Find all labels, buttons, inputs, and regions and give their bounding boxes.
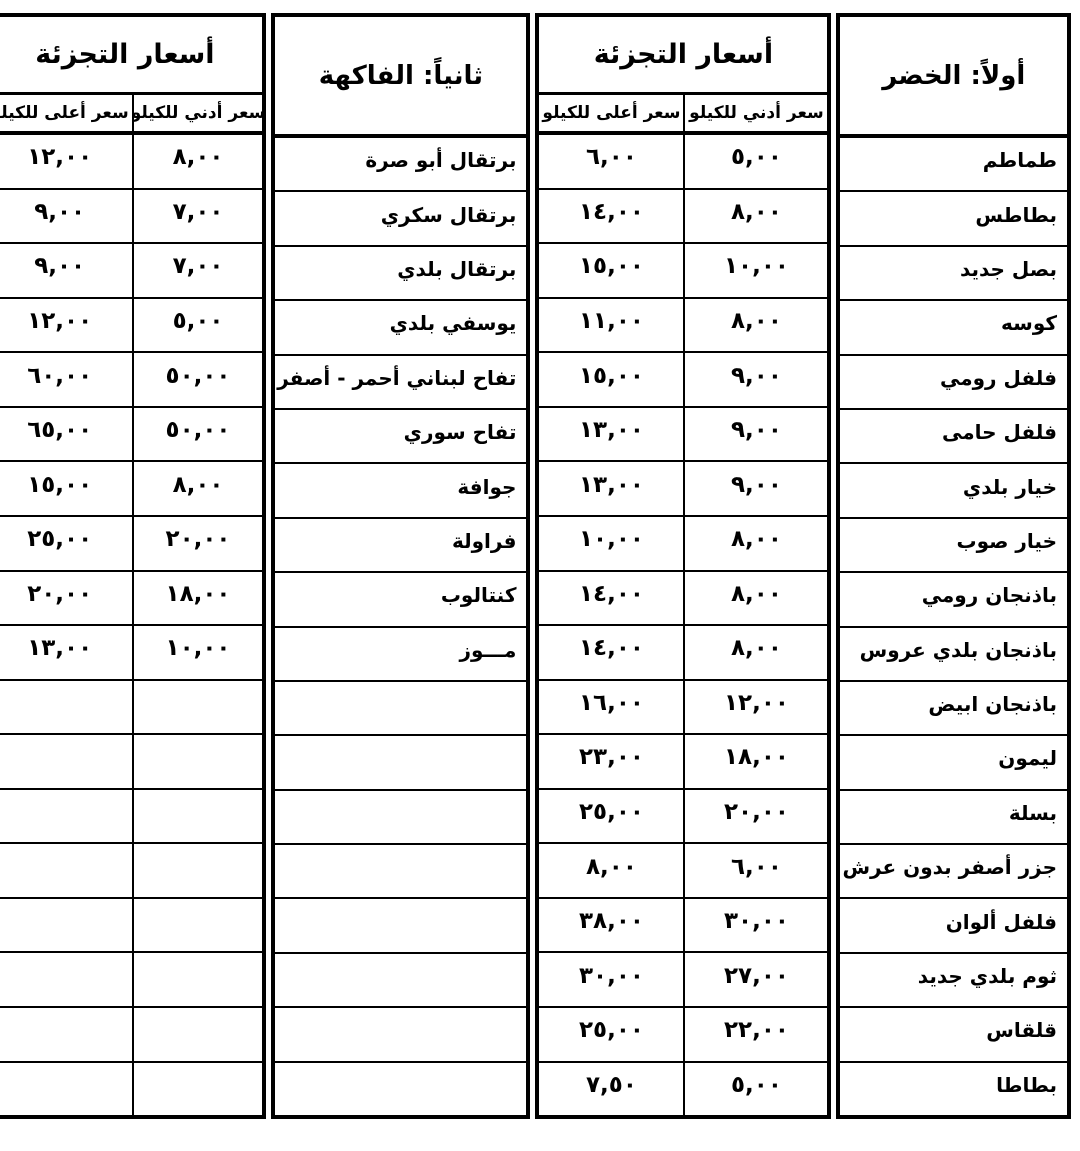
max-price-cell: ١٥,٠٠ <box>0 462 132 515</box>
table-row: ٥٠,٠٠ ٦٥,٠٠ <box>0 408 262 463</box>
max-price-cell: ١٣,٠٠ <box>539 408 683 461</box>
table-row <box>275 736 526 790</box>
table-row <box>0 681 262 736</box>
table-row: ٢٧,٠٠ ٣٠,٠٠ <box>539 953 827 1008</box>
min-price-cell: ٩,٠٠ <box>683 408 827 461</box>
table-row: ٨,٠٠ ١٥,٠٠ <box>0 462 262 517</box>
table-row: ٧,٠٠ ٩,٠٠ <box>0 244 262 299</box>
table-row: برتقال بلدي <box>275 247 526 301</box>
min-price-cell: ٨,٠٠ <box>683 190 827 243</box>
table-row: ٩,٠٠ ١٣,٠٠ <box>539 408 827 463</box>
table-row: ١٨,٠٠ ٢٠,٠٠ <box>0 572 262 627</box>
min-price-cell: ٨,٠٠ <box>132 135 262 188</box>
max-price-cell: ١٠,٠٠ <box>539 517 683 570</box>
fruits-prices-table: أسعار التجزئة سعر أدني للكيلو سعر أعلى ل… <box>0 13 266 1119</box>
table-row: ٨,٠٠ ١١,٠٠ <box>539 299 827 354</box>
min-price-cell: ١٨,٠٠ <box>683 735 827 788</box>
table-row: باذنجان ابيض <box>840 682 1067 736</box>
table-row: ١٠,٠٠ ١٥,٠٠ <box>539 244 827 299</box>
max-price-cell: ٦,٠٠ <box>539 135 683 188</box>
table-row <box>275 899 526 953</box>
table-row <box>0 1008 262 1063</box>
max-price-cell: ٧,٥٠ <box>539 1063 683 1116</box>
table-row: فراولة <box>275 519 526 573</box>
max-price-cell <box>0 681 132 734</box>
max-price-cell <box>0 899 132 952</box>
item-name: طماطم <box>983 148 1057 172</box>
table-row: باذنجان بلدي عروس <box>840 628 1067 682</box>
table-row <box>0 844 262 899</box>
max-price-cell: ١٦,٠٠ <box>539 681 683 734</box>
table-row: ٩,٠٠ ١٣,٠٠ <box>539 462 827 517</box>
max-price-cell <box>0 844 132 897</box>
table-row <box>275 1063 526 1115</box>
vegetables-prices-table: أسعار التجزئة سعر أدني للكيلو سعر أعلى ل… <box>535 13 831 1119</box>
max-price-cell: ١١,٠٠ <box>539 299 683 352</box>
max-price-cell <box>0 953 132 1006</box>
max-price-cell: ١٤,٠٠ <box>539 626 683 679</box>
table-row: ٢٠,٠٠ ٢٥,٠٠ <box>0 517 262 572</box>
table-row: طماطم <box>840 138 1067 192</box>
table-row <box>0 735 262 790</box>
item-name: باذنجان ابيض <box>928 692 1057 716</box>
max-price-cell: ١٤,٠٠ <box>539 572 683 625</box>
item-name: خيار صوب <box>956 529 1057 553</box>
min-price-cell: ٩,٠٠ <box>683 353 827 406</box>
item-name: جزر أصفر بدون عرش <box>842 855 1057 879</box>
table-row: ٥,٠٠ ٦,٠٠ <box>539 135 827 190</box>
table-row: ٥٠,٠٠ ٦٠,٠٠ <box>0 353 262 408</box>
table-row: ثوم بلدي جديد <box>840 954 1067 1008</box>
fruits-name-column: ثانياً: الفاكهة برتقال أبو صرة برتقال سك… <box>271 13 530 1119</box>
max-price-cell: ٣٠,٠٠ <box>539 953 683 1006</box>
max-price-cell: ١٥,٠٠ <box>539 353 683 406</box>
table-row: ١٢,٠٠ ١٦,٠٠ <box>539 681 827 736</box>
table-row <box>275 954 526 1008</box>
max-price-cell: ١٢,٠٠ <box>0 299 132 352</box>
table-row: ٨,٠٠ ١٤,٠٠ <box>539 572 827 627</box>
min-price-cell <box>132 681 262 734</box>
min-price-cell: ١٠,٠٠ <box>683 244 827 297</box>
table-row: فلفل ألوان <box>840 899 1067 953</box>
min-price-cell: ٩,٠٠ <box>683 462 827 515</box>
min-price-column-header: سعر أدني للكيلو <box>132 95 262 131</box>
max-price-cell: ٦٥,٠٠ <box>0 408 132 461</box>
item-name: باذنجان بلدي عروس <box>860 638 1057 662</box>
vegetables-section-title: أولاً: الخضر <box>840 17 1067 138</box>
item-name: فلفل رومي <box>940 366 1057 390</box>
vegetables-price-rows: ٥,٠٠ ٦,٠٠ ٨,٠٠ ١٤,٠٠ ١٠,٠٠ ١٥,٠٠ ٨,٠٠ ١١… <box>539 135 827 1115</box>
table-row: ٩,٠٠ ١٥,٠٠ <box>539 353 827 408</box>
table-row: ٨,٠٠ ١٠,٠٠ <box>539 517 827 572</box>
min-price-cell <box>132 735 262 788</box>
item-name: كوسه <box>1001 311 1057 335</box>
item-name: جوافة <box>457 475 516 499</box>
max-price-column-header: سعر أعلى للكيلو <box>0 95 132 131</box>
min-price-cell: ٢٠,٠٠ <box>132 517 262 570</box>
min-price-cell: ٢٠,٠٠ <box>683 790 827 843</box>
price-table-page: أولاً: الخضر طماطم بطاطس بصل جديد كوسه ف… <box>0 0 1080 1151</box>
table-row: يوسفي بلدي <box>275 301 526 355</box>
item-name: ليمون <box>998 746 1057 770</box>
table-row: كوسه <box>840 301 1067 355</box>
max-price-cell: ١٢,٠٠ <box>0 135 132 188</box>
min-price-cell <box>132 953 262 1006</box>
min-price-cell: ٨,٠٠ <box>683 299 827 352</box>
table-row: ١٠,٠٠ ١٣,٠٠ <box>0 626 262 681</box>
min-price-cell: ٥,٠٠ <box>683 1063 827 1116</box>
item-name: برتقال سكري <box>381 203 517 227</box>
min-price-cell: ٥,٠٠ <box>132 299 262 352</box>
table-row: ٣٠,٠٠ ٣٨,٠٠ <box>539 899 827 954</box>
max-price-cell <box>0 790 132 843</box>
table-row: ٨,٠٠ ١٤,٠٠ <box>539 190 827 245</box>
fruits-name-rows: برتقال أبو صرة برتقال سكري برتقال بلدي ي… <box>275 138 526 1115</box>
max-price-cell: ١٥,٠٠ <box>539 244 683 297</box>
min-price-cell: ٣٠,٠٠ <box>683 899 827 952</box>
min-price-cell <box>132 790 262 843</box>
table-row: خيار صوب <box>840 519 1067 573</box>
table-row: ٢٠,٠٠ ٢٥,٠٠ <box>539 790 827 845</box>
min-price-cell: ٨,٠٠ <box>132 462 262 515</box>
vegetables-retail-prices-header: أسعار التجزئة <box>539 17 827 95</box>
table-row: تفاح سوري <box>275 410 526 464</box>
max-price-cell: ٨,٠٠ <box>539 844 683 897</box>
min-price-cell: ٥٠,٠٠ <box>132 353 262 406</box>
item-name: خيار بلدي <box>963 475 1057 499</box>
vegetables-name-column: أولاً: الخضر طماطم بطاطس بصل جديد كوسه ف… <box>836 13 1071 1119</box>
max-price-cell: ١٤,٠٠ <box>539 190 683 243</box>
fruits-price-rows: ٨,٠٠ ١٢,٠٠ ٧,٠٠ ٩,٠٠ ٧,٠٠ ٩,٠٠ ٥,٠٠ ١٢,٠… <box>0 135 262 1115</box>
max-price-cell <box>0 1063 132 1116</box>
min-price-cell: ٨,٠٠ <box>683 572 827 625</box>
item-name: تفاح سوري <box>404 420 517 444</box>
table-row: ٢٢,٠٠ ٢٥,٠٠ <box>539 1008 827 1063</box>
table-row: ١٨,٠٠ ٢٣,٠٠ <box>539 735 827 790</box>
item-name: بطاطس <box>975 203 1057 227</box>
max-price-cell <box>0 1008 132 1061</box>
item-name: بسلة <box>1009 801 1057 825</box>
table-row: ٥,٠٠ ١٢,٠٠ <box>0 299 262 354</box>
table-row: ٨,٠٠ ١٤,٠٠ <box>539 626 827 681</box>
table-row: خيار بلدي <box>840 464 1067 518</box>
max-price-cell: ١٣,٠٠ <box>539 462 683 515</box>
max-price-column-header: سعر أعلى للكيلو <box>539 95 683 131</box>
item-name: مـــوز <box>460 638 517 662</box>
table-row <box>275 682 526 736</box>
item-name: فراولة <box>452 529 516 553</box>
table-row <box>0 1063 262 1116</box>
max-price-cell: ٩,٠٠ <box>0 190 132 243</box>
max-price-cell: ٦٠,٠٠ <box>0 353 132 406</box>
table-row: باذنجان رومي <box>840 573 1067 627</box>
min-price-cell: ٢٢,٠٠ <box>683 1008 827 1061</box>
table-row: فلفل رومي <box>840 356 1067 410</box>
item-name: ثوم بلدي جديد <box>918 964 1057 988</box>
table-row <box>275 845 526 899</box>
item-name: فلفل حامى <box>942 420 1057 444</box>
min-price-cell: ١٠,٠٠ <box>132 626 262 679</box>
max-price-cell: ٣٨,٠٠ <box>539 899 683 952</box>
min-price-cell: ٥,٠٠ <box>683 135 827 188</box>
min-price-cell <box>132 844 262 897</box>
table-row: برتقال سكري <box>275 192 526 246</box>
min-price-cell: ٢٧,٠٠ <box>683 953 827 1006</box>
min-price-cell: ٨,٠٠ <box>683 517 827 570</box>
min-price-cell: ٦,٠٠ <box>683 844 827 897</box>
table-row: ٥,٠٠ ٧,٥٠ <box>539 1063 827 1116</box>
table-row <box>275 791 526 845</box>
max-price-cell: ٢٣,٠٠ <box>539 735 683 788</box>
table-row: ٨,٠٠ ١٢,٠٠ <box>0 135 262 190</box>
table-row: برتقال أبو صرة <box>275 138 526 192</box>
table-row: تفاح لبناني أحمر - أصفر <box>275 356 526 410</box>
min-price-cell <box>132 899 262 952</box>
max-price-cell: ٢٠,٠٠ <box>0 572 132 625</box>
table-row: بطاطا <box>840 1063 1067 1115</box>
table-row <box>275 1008 526 1062</box>
table-row: بطاطس <box>840 192 1067 246</box>
table-row: بسلة <box>840 791 1067 845</box>
table-row: جوافة <box>275 464 526 518</box>
table-row: فلفل حامى <box>840 410 1067 464</box>
table-row: ليمون <box>840 736 1067 790</box>
item-name: بصل جديد <box>960 257 1057 281</box>
min-price-cell: ٥٠,٠٠ <box>132 408 262 461</box>
min-price-cell: ٧,٠٠ <box>132 190 262 243</box>
item-name: قلقاس <box>986 1018 1057 1042</box>
vegetables-price-column-headers: سعر أدني للكيلو سعر أعلى للكيلو <box>539 95 827 135</box>
table-row <box>0 953 262 1008</box>
table-row: كنتالوب <box>275 573 526 627</box>
min-price-cell: ١٢,٠٠ <box>683 681 827 734</box>
retail-price-tables: أولاً: الخضر طماطم بطاطس بصل جديد كوسه ف… <box>9 13 1071 1119</box>
item-name: كنتالوب <box>441 583 517 607</box>
max-price-cell: ٩,٠٠ <box>0 244 132 297</box>
max-price-cell: ١٣,٠٠ <box>0 626 132 679</box>
item-name: برتقال بلدي <box>397 257 516 281</box>
max-price-cell <box>0 735 132 788</box>
max-price-cell: ٢٥,٠٠ <box>539 790 683 843</box>
item-name: فلفل ألوان <box>946 910 1057 934</box>
min-price-column-header: سعر أدني للكيلو <box>683 95 827 131</box>
item-name: برتقال أبو صرة <box>365 148 516 172</box>
table-row: جزر أصفر بدون عرش <box>840 845 1067 899</box>
fruits-section-title: ثانياً: الفاكهة <box>275 17 526 138</box>
table-row <box>0 899 262 954</box>
fruits-retail-prices-header: أسعار التجزئة <box>0 17 262 95</box>
max-price-cell: ٢٥,٠٠ <box>539 1008 683 1061</box>
item-name: باذنجان رومي <box>922 583 1057 607</box>
vegetables-name-rows: طماطم بطاطس بصل جديد كوسه فلفل رومي فلفل… <box>840 138 1067 1115</box>
table-row: ٧,٠٠ ٩,٠٠ <box>0 190 262 245</box>
table-row <box>0 790 262 845</box>
min-price-cell: ٧,٠٠ <box>132 244 262 297</box>
table-row: قلقاس <box>840 1008 1067 1062</box>
item-name: تفاح لبناني أحمر - أصفر <box>277 366 516 390</box>
table-row: مـــوز <box>275 628 526 682</box>
min-price-cell: ١٨,٠٠ <box>132 572 262 625</box>
item-name: يوسفي بلدي <box>390 311 517 335</box>
table-row: ٦,٠٠ ٨,٠٠ <box>539 844 827 899</box>
min-price-cell <box>132 1063 262 1116</box>
item-name: بطاطا <box>996 1073 1057 1097</box>
min-price-cell: ٨,٠٠ <box>683 626 827 679</box>
max-price-cell: ٢٥,٠٠ <box>0 517 132 570</box>
fruits-price-column-headers: سعر أدني للكيلو سعر أعلى للكيلو <box>0 95 262 135</box>
table-row: بصل جديد <box>840 247 1067 301</box>
min-price-cell <box>132 1008 262 1061</box>
